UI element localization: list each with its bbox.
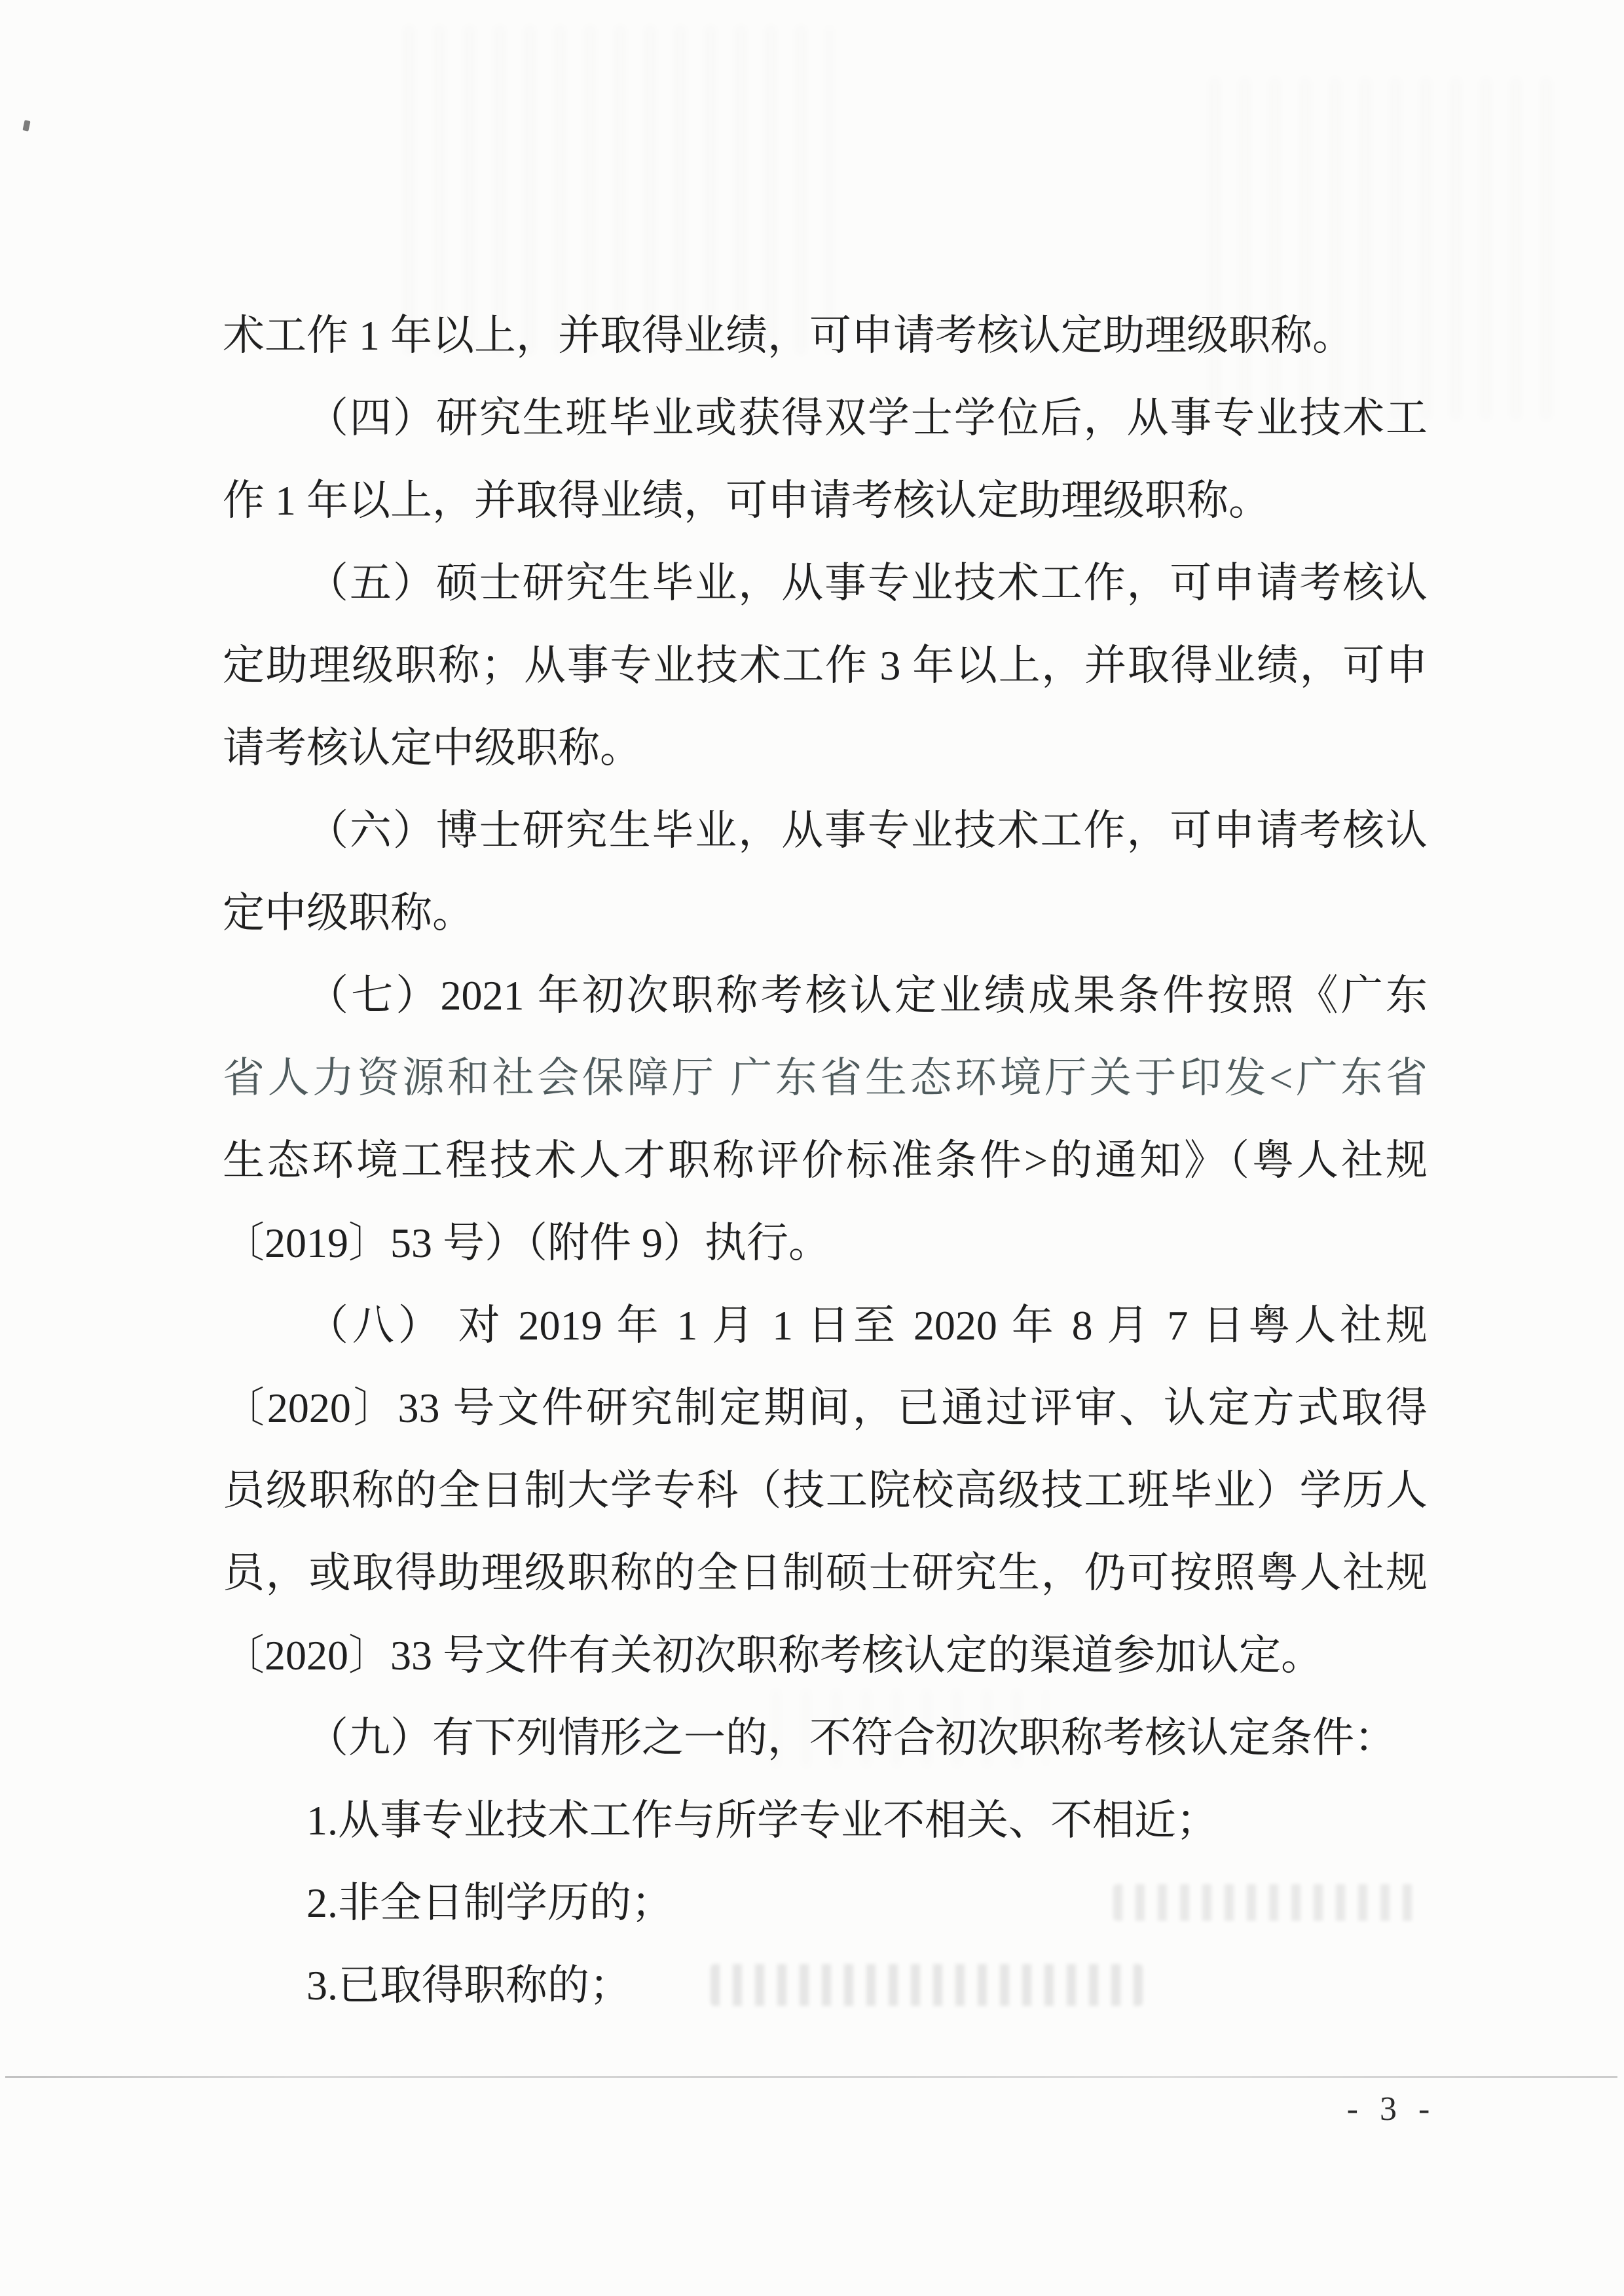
text-block: 术工作 1 年以上，并取得业绩，可申请考核认定助理级职称。（四）研究生班毕业或获… bbox=[223, 295, 1428, 2027]
document-line: 员，或取得助理级职称的全日制硕士研究生，仍可按照粤人社规 bbox=[223, 1532, 1428, 1614]
document-line: 1.从事专业技术工作与所学专业不相关、不相近； bbox=[223, 1779, 1428, 1862]
document-line: 〔2020〕33 号文件研究制定期间，已通过评审、认定方式取得 bbox=[223, 1367, 1428, 1449]
document-line: （六）博士研究生毕业，从事专业技术工作，可申请考核认 bbox=[223, 790, 1428, 872]
document-line: （四）研究生班毕业或获得双学士学位后，从事专业技术工 bbox=[223, 377, 1428, 460]
document-line: （九）有下列情形之一的，不符合初次职称考核认定条件： bbox=[223, 1697, 1428, 1779]
document-line: 术工作 1 年以上，并取得业绩，可申请考核认定助理级职称。 bbox=[223, 295, 1428, 377]
document-line: 员级职称的全日制大学专科（技工院校高级技工班毕业）学历人 bbox=[223, 1449, 1428, 1532]
document-line: 生态环境工程技术人才职称评价标准条件>的通知》（粤人社规 bbox=[223, 1120, 1428, 1202]
scan-speck bbox=[22, 120, 30, 132]
document-line: 〔2020〕33 号文件有关初次职称考核认定的渠道参加认定。 bbox=[223, 1614, 1428, 1697]
document-line: 定助理级职称；从事专业技术工作 3 年以上，并取得业绩，可申 bbox=[223, 625, 1428, 707]
document-line: 2.非全日制学历的； bbox=[223, 1862, 1428, 1944]
document-line: （五）硕士研究生毕业，从事专业技术工作，可申请考核认 bbox=[223, 542, 1428, 625]
document-line: 作 1 年以上，并取得业绩，可申请考核认定助理级职称。 bbox=[223, 460, 1428, 542]
document-line: 3.已取得职称的； bbox=[223, 1944, 1428, 2027]
page-number: - 3 - bbox=[1323, 2090, 1460, 2129]
footer-rule bbox=[5, 2076, 1617, 2078]
scanned-document-page: { "colors":{ "ink":"#1f1f1f", "light_ink… bbox=[0, 0, 1624, 2296]
document-line: （七）2021 年初次职称考核认定业绩成果条件按照《广东 bbox=[223, 955, 1428, 1037]
document-line: 请考核认定中级职称。 bbox=[223, 707, 1428, 790]
document-line: 〔2019〕53 号）（附件 9）执行。 bbox=[223, 1202, 1428, 1285]
document-line: （八） 对 2019 年 1 月 1 日至 2020 年 8 月 7 日粤人社规 bbox=[223, 1285, 1428, 1367]
document-line: 定中级职称。 bbox=[223, 872, 1428, 955]
document-line: 省人力资源和社会保障厅 广东省生态环境厅关于印发<广东省 bbox=[223, 1037, 1428, 1120]
